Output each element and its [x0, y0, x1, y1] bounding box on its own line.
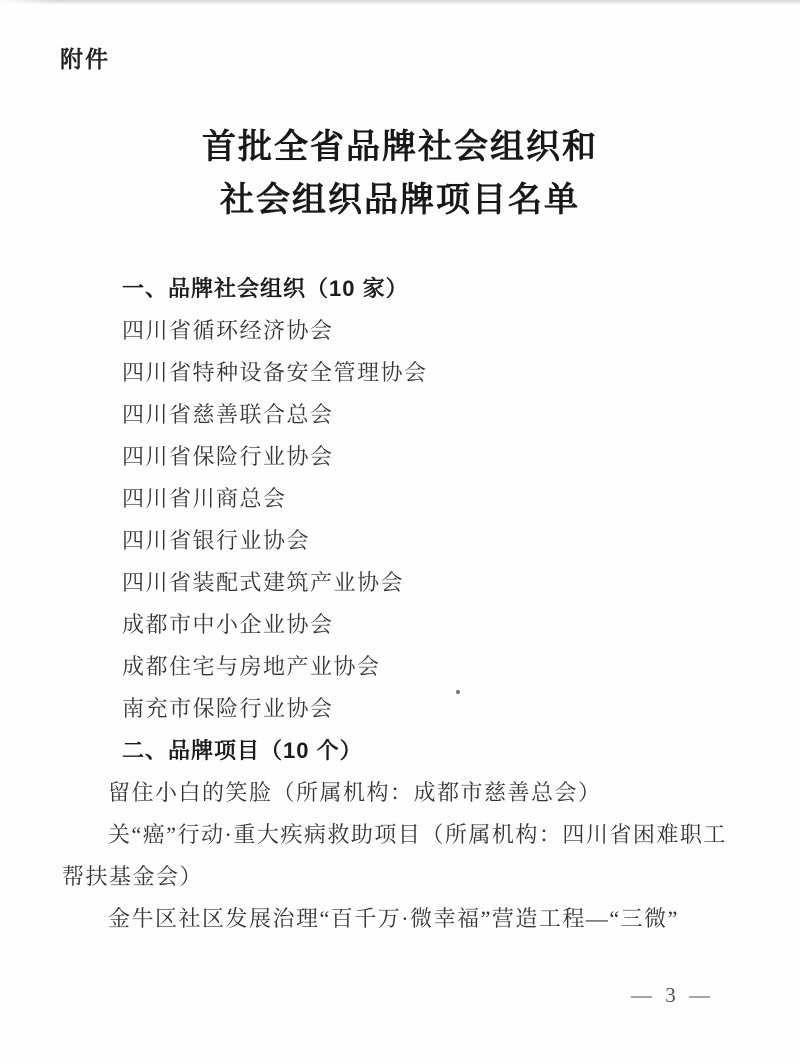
project-list-item: 金牛区社区发展治理“百千万·微幸福”营造工程—“三微”	[62, 898, 744, 940]
org-list-item: 成都住宅与房地产业协会	[62, 646, 744, 688]
project-list-item: 关“癌”行动·重大疾病救助项目（所属机构：四川省困难职工帮扶基金会）	[62, 814, 744, 898]
org-list-item: 四川省川商总会	[62, 478, 744, 520]
org-list-item: 四川省慈善联合总会	[62, 394, 744, 436]
scan-speck	[456, 690, 460, 694]
section-2-heading: 二、品牌项目（10 个）	[62, 730, 744, 772]
section-1-heading: 一、品牌社会组织（10 家）	[62, 268, 744, 310]
org-list-item: 四川省特种设备安全管理协会	[62, 352, 744, 394]
project-list-item: 留住小白的笑脸（所属机构：成都市慈善总会）	[62, 772, 744, 814]
org-list-item: 成都市中小企业协会	[62, 604, 744, 646]
page-number: — 3 —	[631, 983, 714, 1008]
document-title-line1: 首批全省品牌社会组织和	[62, 121, 738, 174]
org-list-item: 四川省银行业协会	[62, 520, 744, 562]
org-list-item: 南充市保险行业协会	[62, 688, 744, 730]
document-title-line2: 社会组织品牌项目名单	[62, 174, 738, 227]
document-page: 附件 首批全省品牌社会组织和 社会组织品牌项目名单 一、品牌社会组织（10 家）…	[0, 0, 800, 1063]
attachment-label: 附件	[60, 41, 110, 74]
scan-top-edge	[0, 0, 800, 5]
org-list-item: 四川省循环经济协会	[62, 310, 744, 352]
document-title: 首批全省品牌社会组织和 社会组织品牌项目名单	[62, 121, 738, 227]
org-list-item: 四川省保险行业协会	[62, 436, 744, 478]
document-body: 一、品牌社会组织（10 家） 四川省循环经济协会 四川省特种设备安全管理协会 四…	[62, 268, 744, 940]
org-list-item: 四川省装配式建筑产业协会	[62, 562, 744, 604]
